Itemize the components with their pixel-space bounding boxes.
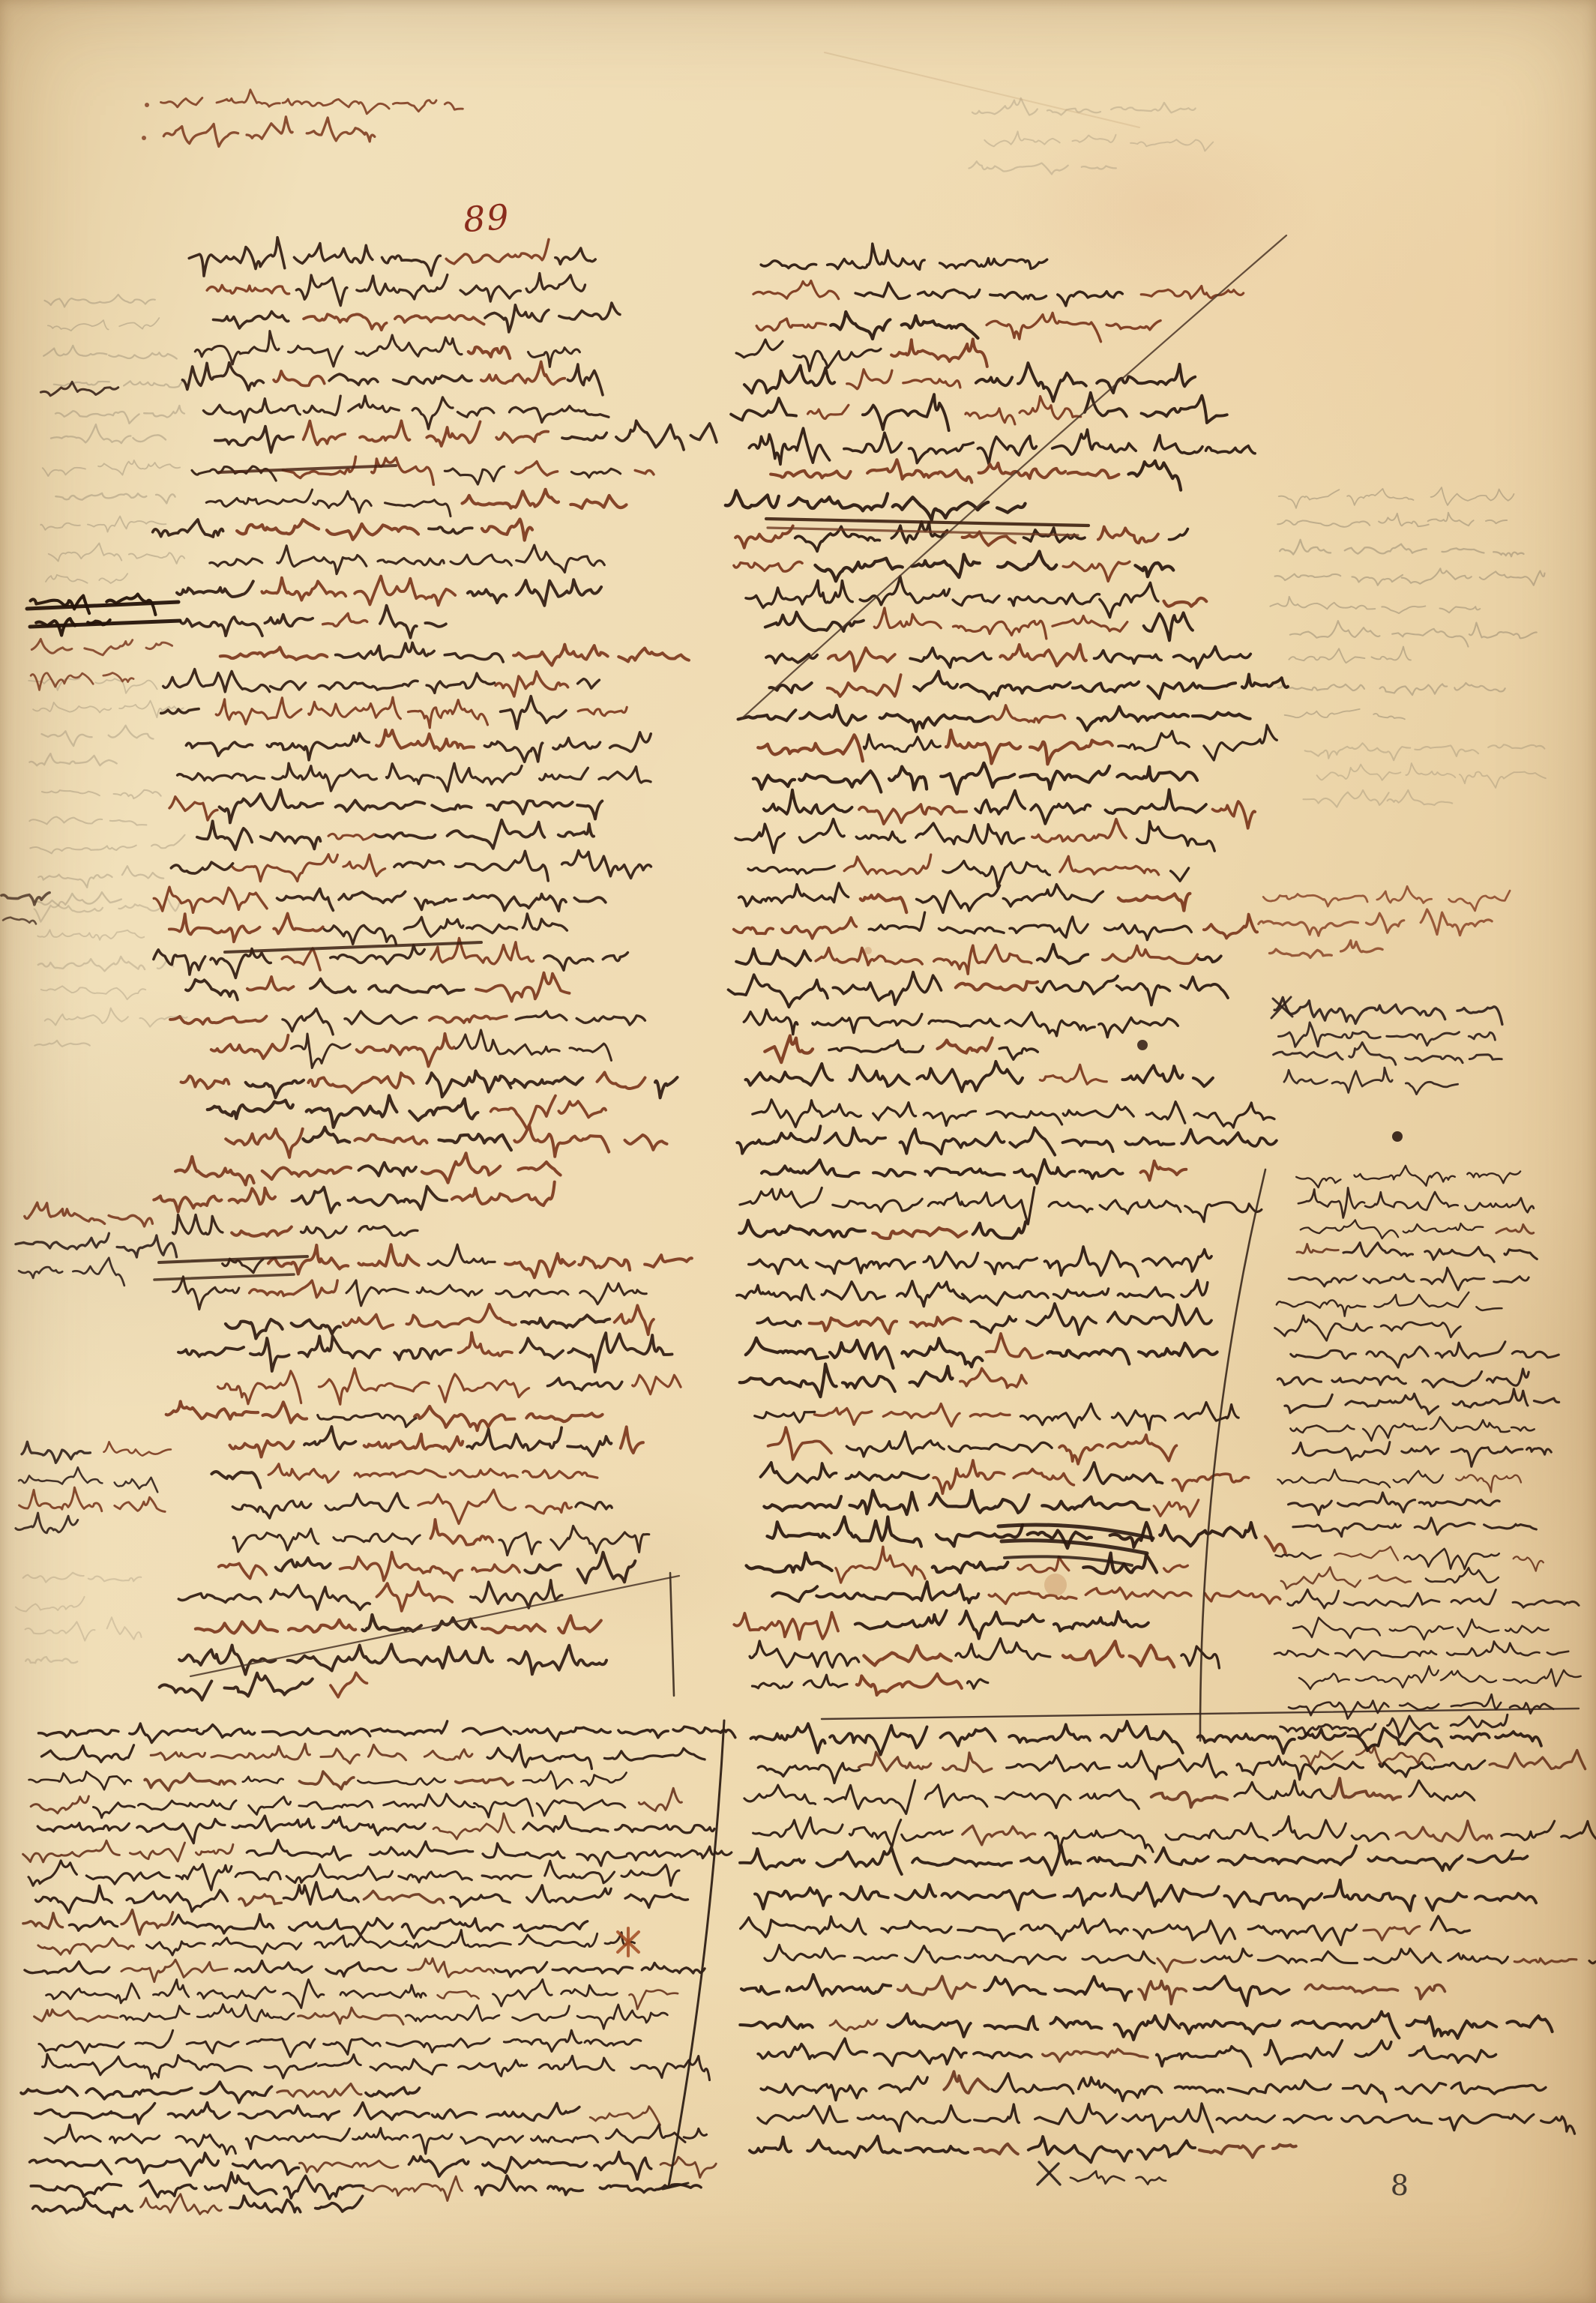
bottom-left-block-handwriting [21,1721,735,2217]
ghost-left-upper-handwriting [40,295,184,583]
left-margin-note-3-handwriting [16,1442,171,1533]
ghost-top-center-handwriting [969,98,1214,175]
bottom-block-divider [669,1721,724,2186]
col1-strike-4 [154,1274,294,1280]
crease-top [825,52,1139,127]
folio-number-bottom: 8 [1390,2171,1410,2200]
col1-vertical-strike [670,1573,674,1696]
right-margin-red-note-handwriting [1259,886,1510,957]
left-note-strike-1 [27,602,178,609]
col2-scribble-2 [1002,1541,1147,1553]
column-2-handwriting [726,244,1288,1695]
left-margin-crossed-note-handwriting [31,594,156,636]
col1-strike-1 [219,466,396,472]
left-margin-note-2-handwriting [16,1202,177,1286]
ghost-left-lower-handwriting [34,898,187,1047]
ghost-right-mid-handwriting [1304,743,1546,807]
right-margin-note-handwriting [1274,997,1502,1094]
handwriting-canvas [0,0,1596,2303]
manuscript-page: 89 8 [0,0,1596,2303]
folio-number-top: 89 [462,199,511,237]
bottom-right-block-handwriting [740,1721,1596,2162]
bottom-right-last-line-handwriting [1070,2171,1166,2185]
ghost-left-bottom-handwriting [16,1573,142,1664]
right-margin-column-handwriting [1274,1166,1581,1766]
margin-divider-curve [1200,1169,1265,1741]
left-margin-note-1-handwriting [40,382,118,395]
column-1-handwriting [153,238,717,1700]
top-note-handwriting [161,90,463,147]
ghost-right-margin-handwriting [1270,487,1544,719]
